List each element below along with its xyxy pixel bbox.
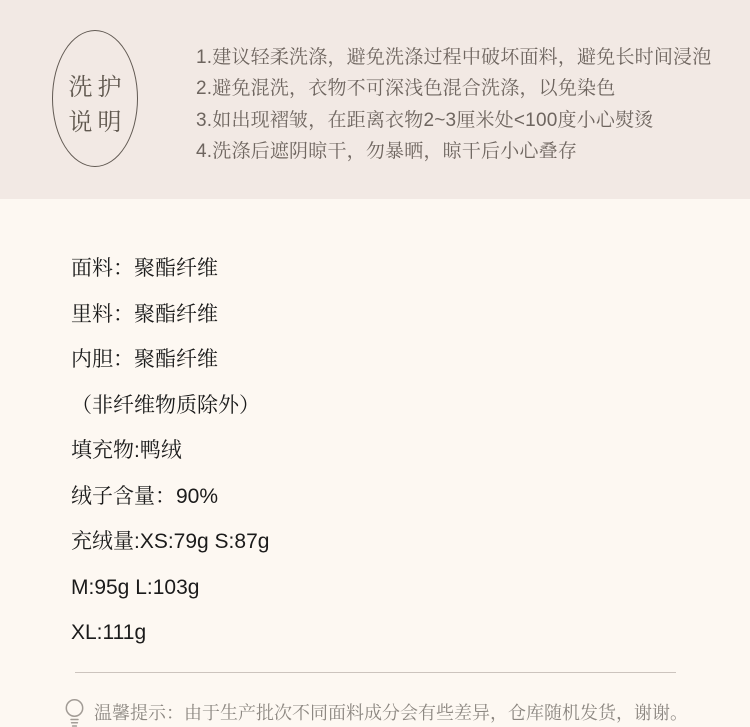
spec-line-down-content: 绒子含量：90% — [71, 474, 269, 520]
care-badge-line1: 洗护 — [69, 76, 127, 100]
care-instruction-line: 1.建议轻柔洗涤，避免洗涤过程中破坏面料，避免长时间浸泡 — [196, 42, 711, 73]
spec-line-filling: 填充物:鸭绒 — [71, 428, 269, 474]
footer-tip-text: 温馨提示：由于生产批次不同面料成分会有些差异，仓库随机发货，谢谢。 — [94, 700, 688, 726]
care-instruction-list: 1.建议轻柔洗涤，避免洗涤过程中破坏面料，避免长时间浸泡 2.避免混洗，衣物不可… — [196, 42, 711, 168]
care-instruction-line: 4.洗涤后遮阴晾干，勿暴晒，晾干后小心叠存 — [196, 136, 711, 167]
spec-line-lining: 里料：聚酯纤维 — [71, 292, 269, 338]
product-specs: 面料：聚酯纤维 里料：聚酯纤维 内胆：聚酯纤维 （非纤维物质除外） 填充物:鸭绒… — [71, 246, 269, 656]
spec-line-fill-weight-3: XL:111g — [71, 610, 269, 656]
spec-line-fabric: 面料：聚酯纤维 — [71, 246, 269, 292]
divider — [75, 672, 676, 673]
care-instruction-line: 2.避免混洗，衣物不可深浅色混合洗涤，以免染色 — [196, 73, 711, 104]
spec-line-inner: 内胆：聚酯纤维 — [71, 337, 269, 383]
spec-line-fill-weight-1: 充绒量:XS:79g S:87g — [71, 519, 269, 565]
care-badge: 洗护 说明 — [52, 30, 138, 167]
care-instruction-line: 3.如出现褶皱，在距离衣物2~3厘米处<100度小心熨烫 — [196, 105, 711, 136]
footer-tip: 温馨提示：由于生产批次不同面料成分会有些差异，仓库随机发货，谢谢。 — [63, 698, 688, 727]
spec-line-fill-weight-2: M:95g L:103g — [71, 565, 269, 611]
care-badge-line2: 说明 — [69, 111, 127, 135]
lightbulb-icon — [63, 698, 86, 727]
care-instructions-panel: 洗护 说明 1.建议轻柔洗涤，避免洗涤过程中破坏面料，避免长时间浸泡 2.避免混… — [0, 0, 750, 199]
spec-line-note: （非纤维物质除外） — [71, 383, 269, 429]
